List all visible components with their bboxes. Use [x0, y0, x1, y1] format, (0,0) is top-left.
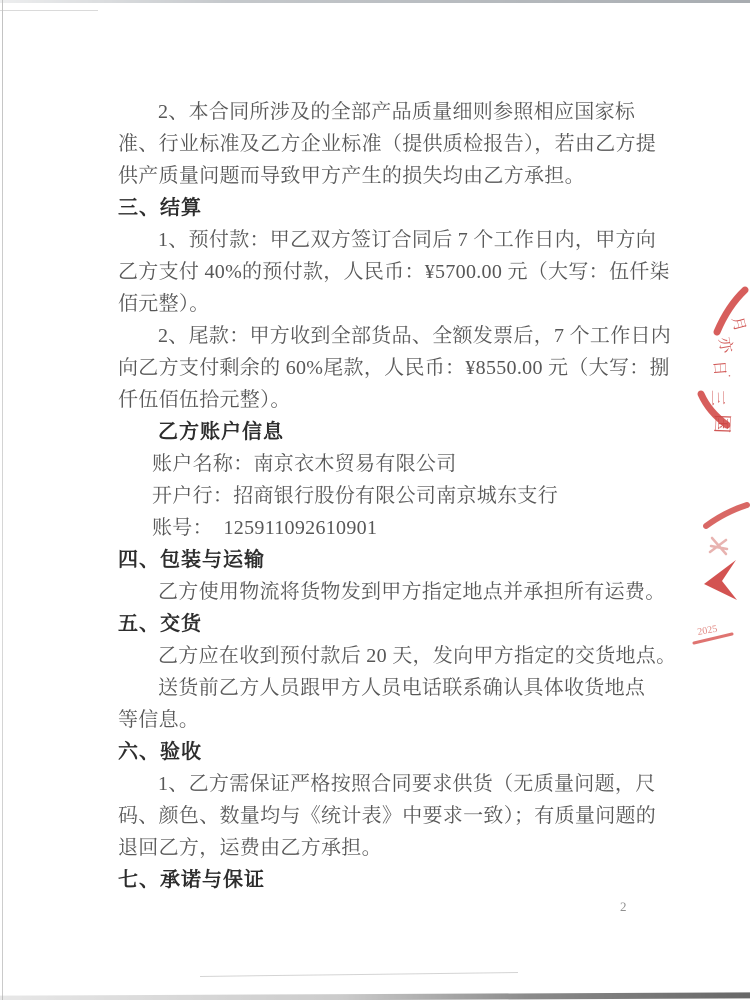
- contract-line: 2、本合同所涉及的全部产品质量细则参照相应国家标: [118, 96, 642, 128]
- page-number: 2: [620, 899, 627, 915]
- contract-line: 1、乙方需保证严格按照合同要求供货（无质量问题，尺: [118, 768, 642, 800]
- contract-line: 1、预付款：甲乙双方签订合同后 7 个工作日内，甲方向: [118, 224, 642, 256]
- contract-line: 等信息。: [118, 704, 642, 736]
- scan-edge-top-left: [0, 10, 98, 11]
- seal-year: 2025: [697, 624, 719, 638]
- scan-edge-top: [0, 0, 750, 3]
- scan-edge-left: [2, 0, 3, 1000]
- seal-char: ·: [722, 373, 737, 379]
- account-number-line: 账号： 125911092610901: [118, 512, 642, 544]
- contract-line: 供产质量问题而导致甲方产生的损失均由乙方承担。: [118, 160, 642, 192]
- subheading-account-info: 乙方账户信息: [118, 416, 642, 448]
- section-heading-settlement: 三、结算: [118, 192, 642, 224]
- contract-line: 乙方应在收到预付款后 20 天，发向甲方指定的交货地点。: [118, 640, 642, 672]
- contract-line: 仟伍佰伍拾元整）。: [118, 384, 642, 416]
- contract-body: 2、本合同所涉及的全部产品质量细则参照相应国家标 准、行业标准及乙方企业标准（提…: [118, 96, 642, 896]
- red-seal-fragment-upper: 月 亦 日 · 三 国: [692, 282, 750, 434]
- seal-char: 亦: [715, 336, 736, 356]
- red-seal-fragment-lower: 2025: [692, 498, 750, 648]
- seal-char: 国: [710, 414, 733, 434]
- seal-star-point: [704, 560, 737, 600]
- section-heading-packaging: 四、包装与运输: [118, 544, 642, 576]
- contract-line: 向乙方支付剩余的 60%尾款，人民币：¥8550.00 元（大写：捌: [118, 352, 642, 384]
- scan-edge-bottom-faint: [200, 972, 518, 977]
- contract-line: 乙方使用物流将货物发到甲方指定地点并承担所有运费。: [118, 576, 642, 608]
- scan-edge-bottom: [0, 992, 750, 1000]
- seal-stroke-fragment: [710, 538, 727, 554]
- contract-line: 2、尾款：甲方收到全部货品、全额发票后，7 个工作日内: [118, 320, 642, 352]
- bank-name-line: 开户行：招商银行股份有限公司南京城东支行: [118, 480, 642, 512]
- contract-line: 码、颜色、数量均与《统计表》中要求一致）；有质量问题的: [118, 800, 642, 832]
- contract-line: 准、行业标准及乙方企业标准（提供质检报告），若由乙方提: [118, 128, 642, 160]
- section-heading-inspection: 六、验收: [118, 736, 642, 768]
- account-name-line: 账户名称：南京衣木贸易有限公司: [118, 448, 642, 480]
- seal-char: 三: [708, 390, 727, 407]
- contract-line: 乙方支付 40%的预付款，人民币：¥5700.00 元（大写：伍仟柒: [118, 256, 642, 288]
- contract-line: 送货前乙方人员跟甲方人员电话联系确认具体收货地点: [118, 672, 642, 704]
- contract-line: 退回乙方，运费由乙方承担。: [118, 832, 642, 864]
- section-heading-delivery: 五、交货: [118, 608, 642, 640]
- contract-line: 佰元整）。: [118, 288, 642, 320]
- seal-char: 月: [728, 315, 748, 334]
- contract-page: 2、本合同所涉及的全部产品质量细则参照相应国家标 准、行业标准及乙方企业标准（提…: [0, 0, 750, 1000]
- section-heading-guarantee: 七、承诺与保证: [118, 864, 642, 896]
